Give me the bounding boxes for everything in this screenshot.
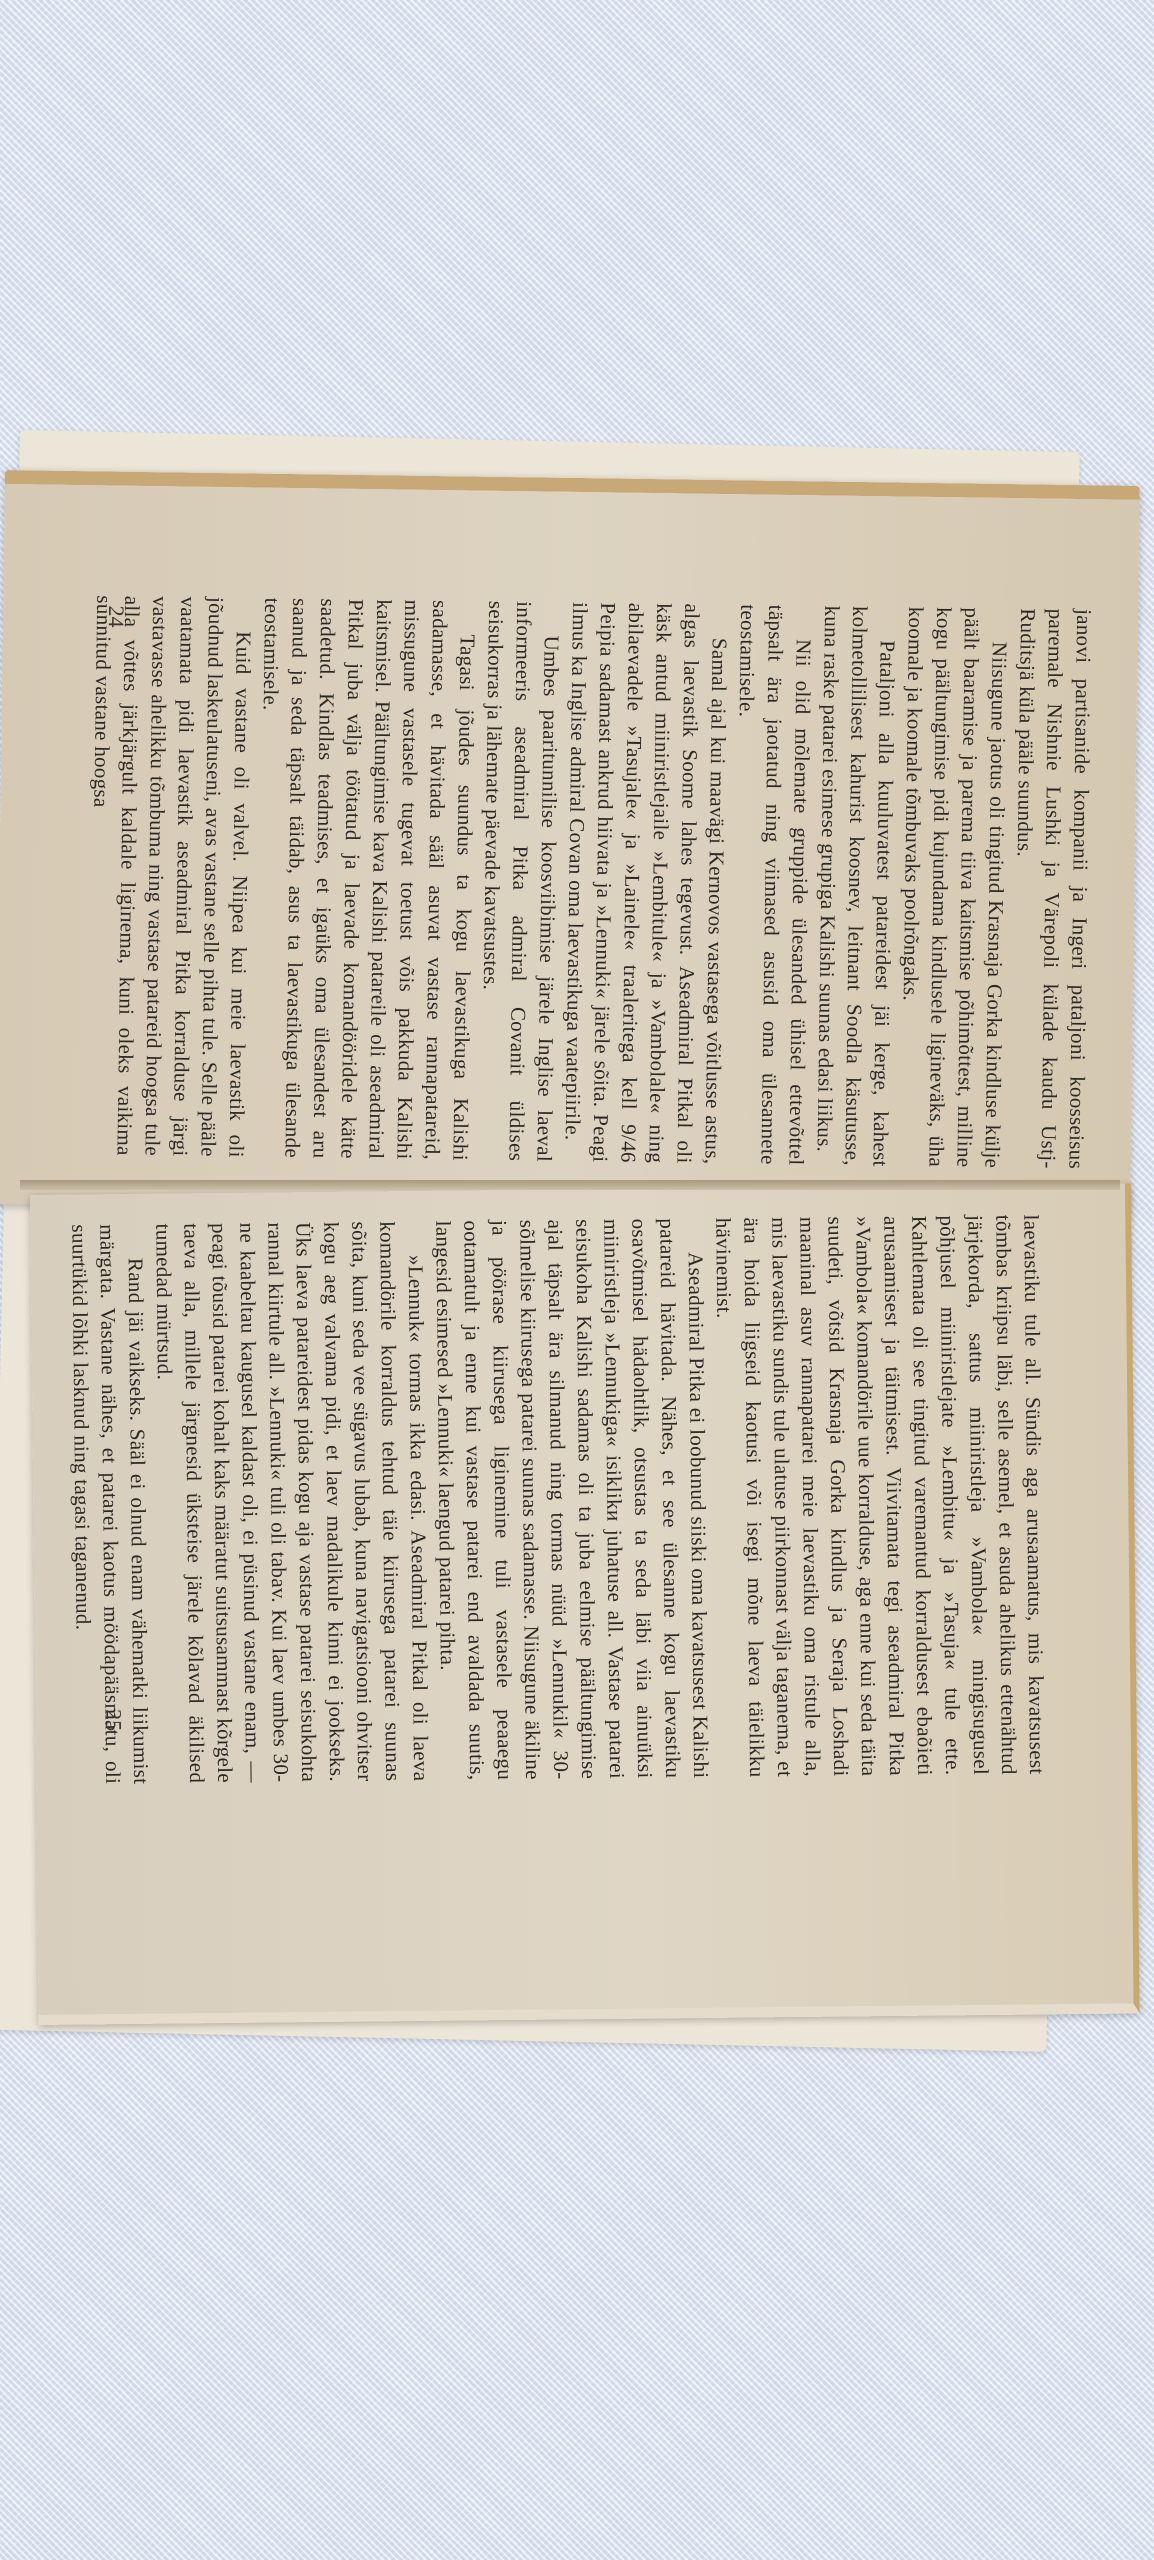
paragraph: Niisugune jaotus oli tingitud Krasnaja G… <box>894 607 1014 1169</box>
right-page-text: laevastiku tule all. Sündis aga arusaama… <box>115 1214 1051 1784</box>
paragraph: Nii olid mõlemate gruppide ülesanded ühi… <box>726 604 818 1165</box>
paragraph: Kuid vastane oli valvel. Niipea kui meie… <box>82 595 258 1157</box>
paragraph: Umbes paaritunnilise koosviibimise järel… <box>474 601 566 1162</box>
paragraph: janovi partisanide kompanii ja Ingeri pa… <box>1006 608 1098 1169</box>
left-page-text: janovi partisanide kompanii ja Ingeri pa… <box>140 596 1098 1169</box>
book-spine <box>20 1180 1120 1190</box>
left-page: janovi partisanide kompanii ja Ingeri pa… <box>0 470 1140 1220</box>
paragraph: Tagasi jõudes suundus ta kogu laevastiku… <box>250 598 482 1161</box>
paragraph: Samal ajal kui maavägi Kernovos vastaseg… <box>558 602 734 1164</box>
paragraph: Rand jäi vaikseks. Sääl ei olnud enam vä… <box>65 1224 155 1785</box>
paragraph: laevastiku tule all. Sündis aga arusaama… <box>709 1214 1051 1777</box>
page-number-left: 24 <box>103 605 129 627</box>
page-number-right: 25 <box>100 1709 126 1731</box>
paragraph: »Lennuk« tormas ikka edasi. Asеadmiral P… <box>149 1221 435 1784</box>
paragraph: Asеadmiral Pitka ei loobunud siiski oma … <box>429 1218 715 1781</box>
right-page: laevastiku tule all. Sündis aga arusaama… <box>30 1183 1140 2024</box>
paragraph: Pataljoni alla kuuluvatest patareidest j… <box>810 605 902 1166</box>
